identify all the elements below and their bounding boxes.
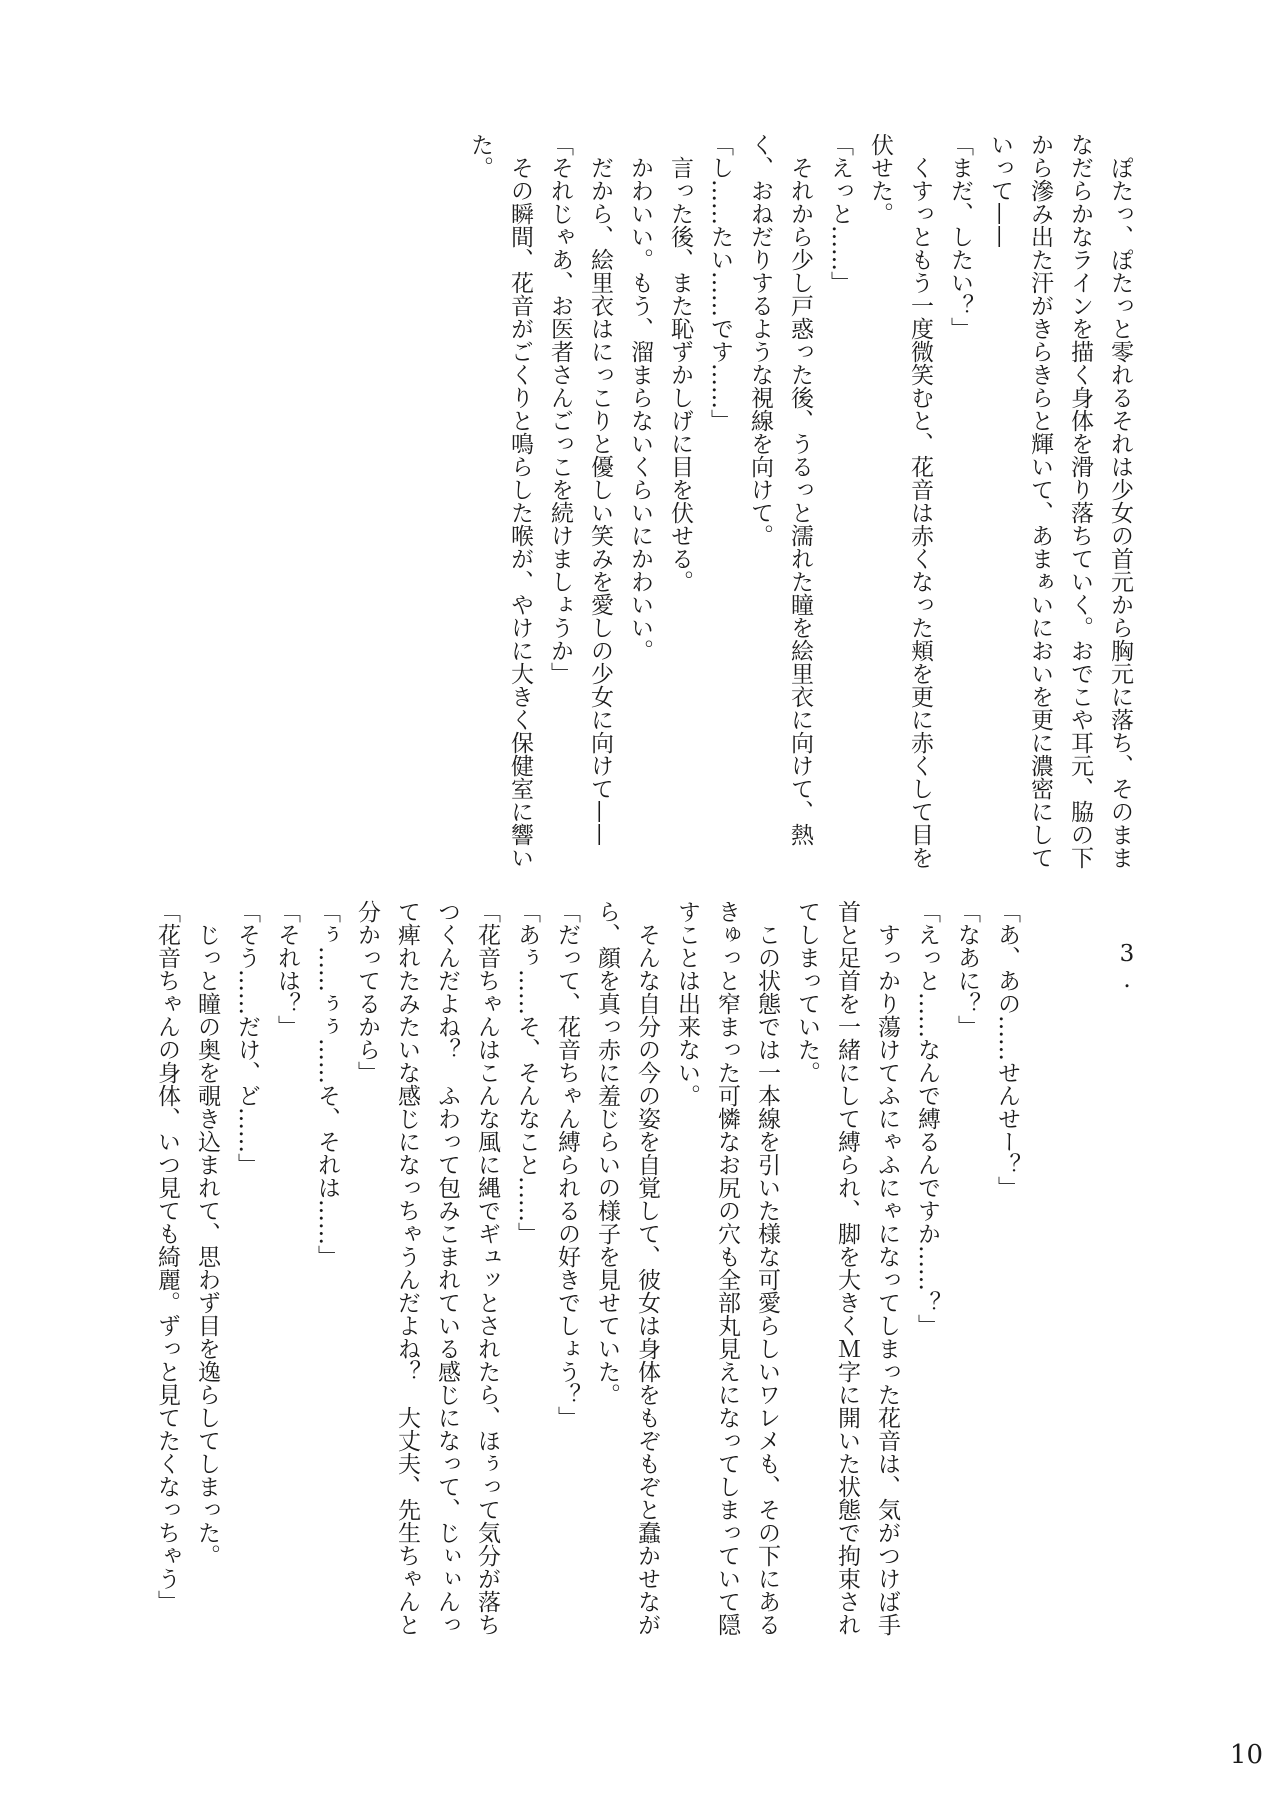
- paragraph: だから、絵里衣はにっこりと優しい笑みを愛しの少女に向けて——: [580, 133, 620, 869]
- paragraph: 「だって、花音ちゃん縛られるの好きでしょう？」: [547, 900, 587, 1636]
- paragraph: ぽたっ、ぽたっと零れるそれは少女の首元から胸元に落ち、そのままなだらかなラインを…: [980, 133, 1140, 869]
- paragraph: 「それは？」: [267, 900, 307, 1636]
- paragraph: くすっともう一度微笑むと、花音は赤くなった頬を更に赤くして目を伏せた。: [860, 133, 940, 869]
- paragraph: 「なあに？」: [947, 900, 987, 1636]
- paragraph: 「まだ、したい？」: [940, 133, 980, 869]
- paragraph: それから少し戸惑った後、うるっと濡れた瞳を絵里衣に向けて、熱く、おねだりするよう…: [740, 133, 820, 869]
- paragraph: その瞬間、花音がごくりと鳴らした喉が、やけに大きく保健室に響いた。: [460, 133, 540, 869]
- paragraph: 「あ、あの……せんせー？」: [987, 900, 1027, 1636]
- paragraph: 「花音ちゃんの身体、いつ見ても綺麗。ずっと見てたくなっちゃう」: [147, 900, 187, 1636]
- paragraph: かわいい。もう、溜まらないくらいにかわいい。: [620, 133, 660, 869]
- paragraph: 「ぅ……ぅぅ……そ、それは……」: [307, 900, 347, 1636]
- novel-page: ぽたっ、ぽたっと零れるそれは少女の首元から胸元に落ち、そのままなだらかなラインを…: [0, 0, 1280, 1807]
- paragraph: 「えっと……なんで縛るんですか……？」: [907, 900, 947, 1636]
- paragraph: じっと瞳の奥を覗き込まれて、思わず目を逸らしてしまった。: [187, 900, 227, 1636]
- top-text-block: ぽたっ、ぽたっと零れるそれは少女の首元から胸元に落ち、そのままなだらかなラインを…: [460, 133, 1140, 869]
- paragraph: そんな自分の今の姿を自覚して、彼女は身体をもぞもぞと蠢かせながら、顔を真っ赤に羞…: [587, 900, 667, 1636]
- paragraph: この状態では一本線を引いた様な可愛らしいワレメも、その下にあるきゅっと窄まった可…: [667, 900, 787, 1636]
- paragraph: 「えっと……」: [820, 133, 860, 869]
- paragraph: 「それじゃあ、お医者さんごっこを続けましょうか」: [540, 133, 580, 869]
- paragraph: 「そう……だけ、ど……」: [227, 900, 267, 1636]
- section-number: 3.: [1107, 900, 1147, 1636]
- bottom-text-block: 3. 「あ、あの……せんせー？」「なあに？」「えっと……なんで縛るんですか……？…: [147, 900, 1147, 1636]
- paragraph: 「花音ちゃんはこんな風に縄でギュッとされたら、ほぅって気分が落ちつくんだよね？ …: [347, 900, 507, 1636]
- paragraph: 「し……たい……です……」: [700, 133, 740, 869]
- paragraph: 言った後、また恥ずかしげに目を伏せる。: [660, 133, 700, 869]
- paragraph: すっかり蕩けてふにゃふにゃになってしまった花音は、気がつけば手首と足首を一緒にし…: [787, 900, 907, 1636]
- page-number: 10: [1230, 1740, 1263, 1770]
- paragraph: 「あぅ……そ、そんなこと……」: [507, 900, 547, 1636]
